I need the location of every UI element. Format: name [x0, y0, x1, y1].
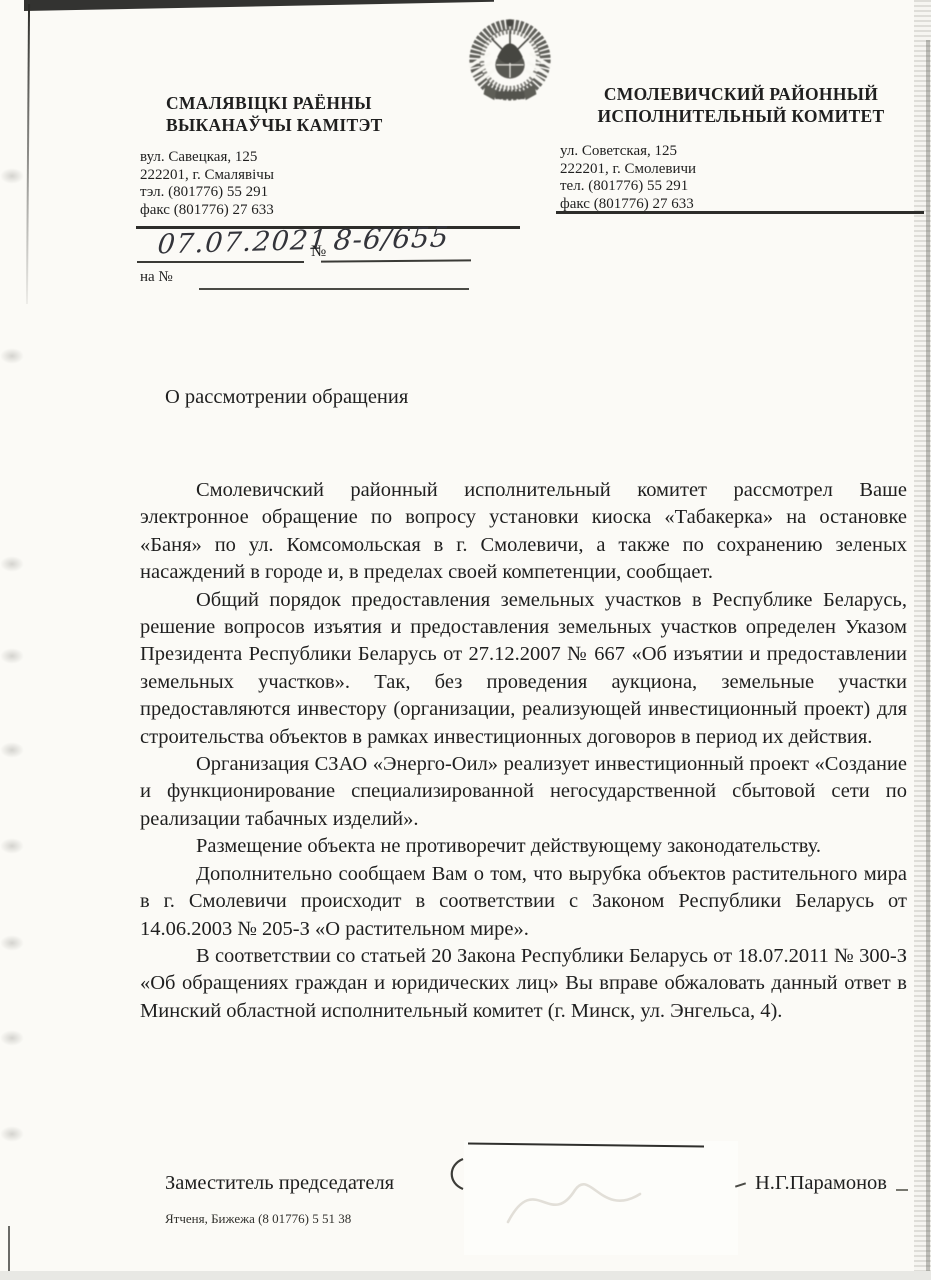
scanned-letter-page: СМАЛЯВІЦКІ РАЁННЫ ВЫКАНАЎЧЫ КАМІТЭТ вул.…: [0, 0, 931, 1280]
handwritten-outgoing-number: 8-6/655: [332, 220, 450, 256]
scan-smudge: [0, 838, 24, 854]
signature-ghost-stroke: [490, 1160, 670, 1240]
signer-position: Заместитель председателя: [165, 1172, 394, 1195]
executor-contact-line: Ятченя, Бижежа (8 01776) 5 51 38: [165, 1211, 351, 1227]
address-ru-city: 222201, г. Смолевичи: [560, 161, 696, 179]
scan-edge-top: [24, 0, 494, 11]
letterhead-title-ru-line2: ИСПОЛНИТЕЛЬНЫЙ КОМИТЕТ: [563, 106, 919, 128]
letterhead-title-ru-line1: СМОЛЕВИЧСКИЙ РАЙОННЫЙ: [563, 84, 919, 106]
handwritten-date: 07.07.2021: [156, 225, 329, 261]
letterhead-title-by-line2: ВЫКАНАЎЧЫ КАМІТЭТ: [166, 115, 383, 137]
address-ru-street: ул. Советская, 125: [560, 143, 696, 161]
date-underline: [137, 261, 304, 263]
number-sign: №: [311, 243, 326, 261]
address-by-street: вул. Савецкая, 125: [140, 149, 274, 167]
letterhead-title-by: СМАЛЯВІЦКІ РАЁННЫ ВЫКАНАЎЧЫ КАМІТЭТ: [166, 93, 383, 136]
scan-smudge: [0, 648, 24, 664]
scan-bottom-strip: [0, 1271, 931, 1280]
address-by-phone: тэл. (801776) 55 291: [140, 184, 274, 202]
scan-smudge: [0, 1126, 24, 1142]
number-underline: [321, 259, 471, 262]
scan-smudge: [0, 935, 24, 951]
scan-smudge: [0, 1030, 24, 1046]
scan-smudge: [0, 742, 24, 758]
scan-edge-bottom-left: [8, 1226, 10, 1274]
letterhead-title-ru: СМОЛЕВИЧСКИЙ РАЙОННЫЙ ИСПОЛНИТЕЛЬНЫЙ КОМ…: [563, 84, 919, 127]
signature-curve-mark: [444, 1156, 466, 1192]
reply-to-underline: [199, 288, 469, 290]
body-paragraph-2: Общий порядок предоставления земельных у…: [140, 587, 907, 751]
letterhead-address-by: вул. Савецкая, 125 222201, г. Смалявічы …: [140, 149, 274, 219]
letterhead-rule-right: [556, 211, 924, 214]
letter-subject: О рассмотрении обращения: [165, 386, 408, 409]
scan-edge-left: [26, 4, 30, 304]
body-paragraph-1: Смолевичский районный исполнительный ком…: [140, 477, 907, 587]
body-paragraph-5: Дополнительно сообщаем Вам о том, что вы…: [140, 861, 907, 943]
body-paragraph-4: Размещение объекта не противоречит дейст…: [140, 833, 907, 860]
signer-name: Н.Г.Парамонов: [755, 1172, 887, 1195]
address-ru-phone: тел. (801776) 55 291: [560, 178, 696, 196]
address-by-city: 222201, г. Смалявічы: [140, 167, 274, 185]
reply-to-label: на №: [140, 269, 173, 286]
letter-body: Смолевичский районный исполнительный ком…: [140, 477, 907, 1025]
body-paragraph-6: В соответствии со статьей 20 Закона Респ…: [140, 943, 907, 1025]
letterhead-address-ru: ул. Советская, 125 222201, г. Смолевичи …: [560, 143, 696, 213]
address-by-fax: факс (801776) 27 633: [140, 202, 274, 220]
scan-smudge: [0, 168, 24, 184]
scan-noise-right-dark: [926, 40, 930, 1275]
scan-smudge: [0, 348, 24, 364]
scan-smudge: [0, 556, 24, 572]
body-paragraph-3: Организация СЗАО «Энерго-Оил» реализует …: [140, 751, 907, 833]
belarus-coat-of-arms-icon: [461, 14, 559, 104]
letterhead-title-by-line1: СМАЛЯВІЦКІ РАЁННЫ: [166, 93, 383, 115]
dash-mark-right: [896, 1189, 908, 1191]
